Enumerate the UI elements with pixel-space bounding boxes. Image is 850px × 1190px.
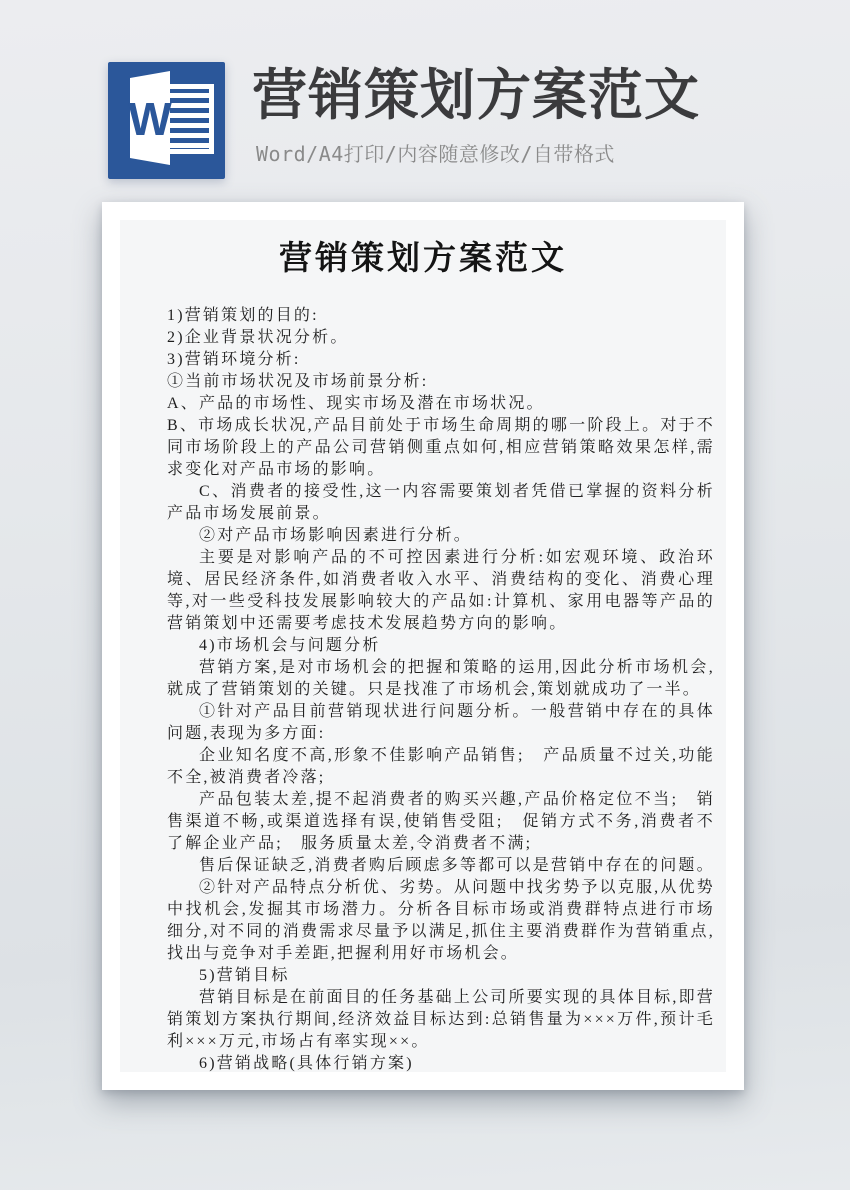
document-paragraph: 3)营销环境分析:: [167, 349, 715, 371]
word-letter: W: [128, 93, 172, 145]
document-paragraph: A、产品的市场性、现实市场及潜在市场状况。: [167, 393, 715, 415]
document-paragraph: 营销目标是在前面目的任务基础上公司所要实现的具体目标,即营销策划方案执行期间,经…: [167, 987, 715, 1053]
document-page-content: 营销策划方案范文 1)营销策划的目的:2)企业背景状况分析。3)营销环境分析:①…: [120, 220, 726, 1072]
word-icon: W: [108, 62, 225, 179]
document-paragraph: C、消费者的接受性,这一内容需要策划者凭借已掌握的资料分析产品市场发展前景。: [167, 481, 715, 525]
document-paragraph: B、市场成长状况,产品目前处于市场生命周期的哪一阶段上。对于不同市场阶段上的产品…: [167, 415, 715, 481]
page-subtitle: Word/A4打印/内容随意修改/自带格式: [256, 138, 615, 167]
document-paragraph: 产品包装太差,提不起消费者的购买兴趣,产品价格定位不当; 销售渠道不畅,或渠道选…: [167, 789, 715, 855]
document-body: 1)营销策划的目的:2)企业背景状况分析。3)营销环境分析:①当前市场状况及市场…: [167, 305, 715, 1072]
document-paragraph: ②对产品市场影响因素进行分析。: [167, 525, 715, 547]
document-paragraph: 1)营销策划的目的:: [167, 305, 715, 327]
document-paragraph: ②针对产品特点分析优、劣势。从问题中找劣势予以克服,从优势中找机会,发掘其市场潜…: [167, 877, 715, 965]
document-paragraph: 企业知名度不高,形象不佳影响产品销售; 产品质量不过关,功能不全,被消费者冷落;: [167, 745, 715, 789]
document-paragraph: 2)企业背景状况分析。: [167, 327, 715, 349]
document-paragraph: 4)市场机会与问题分析: [167, 635, 715, 657]
document-paragraph: ①针对产品目前营销现状进行问题分析。一般营销中存在的具体问题,表现为多方面:: [167, 701, 715, 745]
document-paragraph: 营销方案,是对市场机会的把握和策略的运用,因此分析市场机会,就成了营销策划的关键…: [167, 657, 715, 701]
document-preview-page: 营销策划方案范文 1)营销策划的目的:2)企业背景状况分析。3)营销环境分析:①…: [102, 202, 744, 1090]
page-title: 营销策划方案范文: [252, 64, 700, 127]
document-paragraph: 6)营销战略(具体行销方案): [167, 1053, 715, 1072]
document-title: 营销策划方案范文: [120, 232, 726, 279]
document-paragraph: 主要是对影响产品的不可控因素进行分析:如宏观环境、政治环境、居民经济条件,如消费…: [167, 547, 715, 635]
document-paragraph: 售后保证缺乏,消费者购后顾虑多等都可以是营销中存在的问题。: [167, 855, 715, 877]
document-paragraph: ①当前市场状况及市场前景分析:: [167, 371, 715, 393]
document-paragraph: 5)营销目标: [167, 965, 715, 987]
